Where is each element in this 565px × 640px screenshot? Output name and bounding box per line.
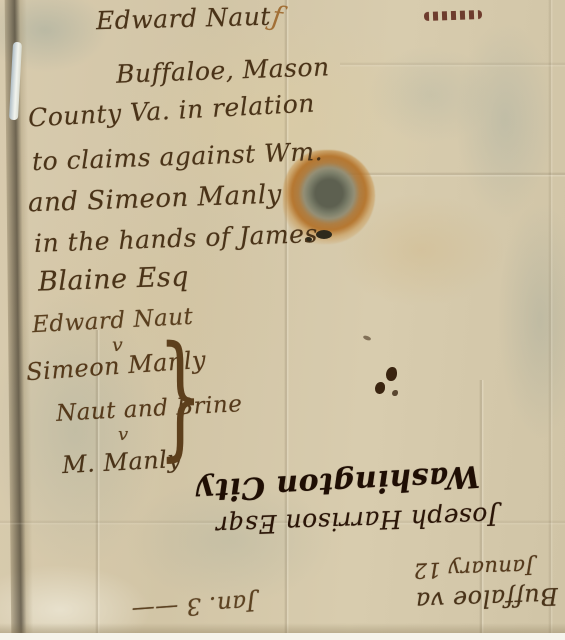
scan-margin	[0, 633, 565, 640]
dateline-block: Buffaloe va January 12	[332, 540, 564, 616]
address-line: Washington City	[171, 458, 480, 509]
seal-speck	[316, 230, 332, 239]
dateline-date: January 12	[332, 554, 535, 585]
jan-note-block: Jan. 3 ——	[96, 580, 256, 626]
docket-line: Blaine Esq	[38, 261, 190, 297]
paper-bottom-edge	[0, 623, 565, 633]
jan-note: Jan. 3 ——	[95, 588, 256, 625]
letter-scan: ƒ Edward Naut Buffaloe, Mason County Va.…	[0, 0, 565, 640]
address-line: Joseph Harrison Esqr	[172, 501, 499, 541]
dateline-place: Buffaloe va	[332, 582, 559, 618]
versus-mark: v	[118, 424, 129, 445]
docket-line: Edward Naut	[96, 2, 272, 36]
address-block: Joseph Harrison Esqr Washington City	[172, 426, 502, 538]
